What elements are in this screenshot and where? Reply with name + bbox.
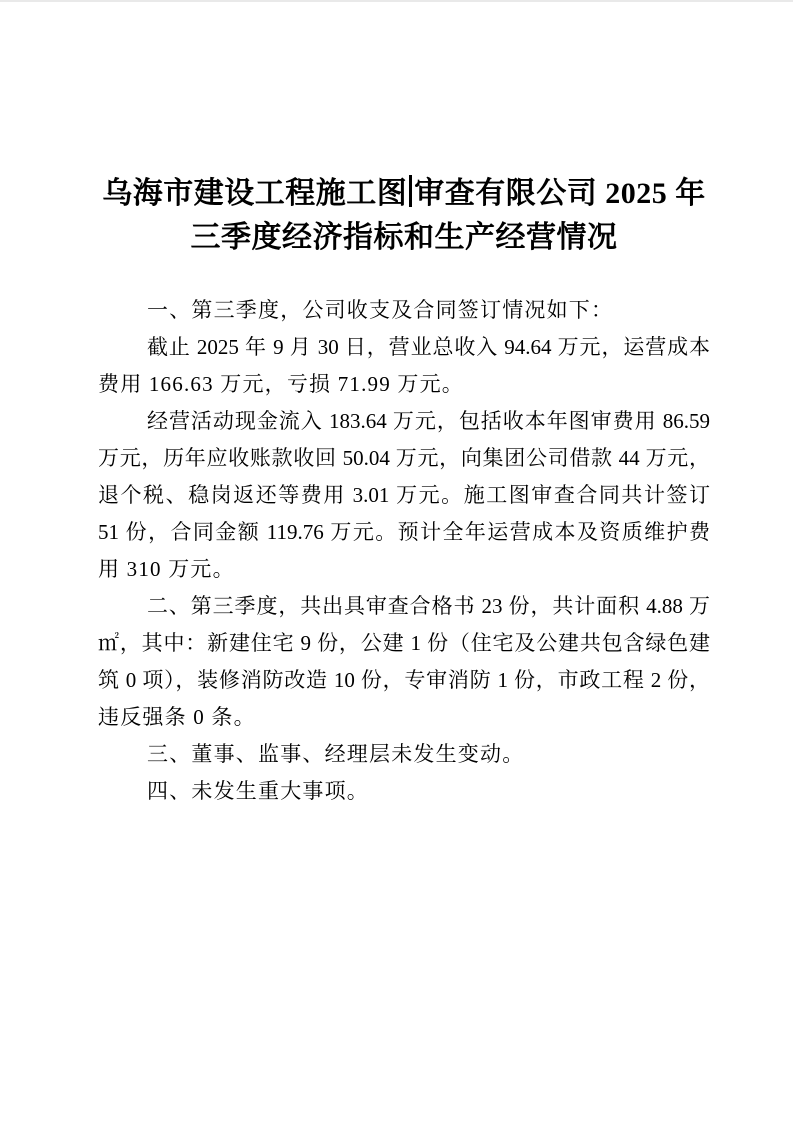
body-line: 违反强条 0 条。: [98, 699, 710, 736]
title-line-1: 乌海市建设工程施工图审查有限公司 2025 年: [102, 177, 706, 210]
body-line: 费用 166.63 万元，亏损 71.99 万元。: [98, 366, 710, 403]
body-line: 经营活动现金流入 183.64 万元，包括收本年图审费用 86.59: [98, 403, 710, 440]
body-line: 用 310 万元。: [98, 551, 710, 588]
body-line: 筑 0 项），装修消防改造 10 份，专审消防 1 份，市政工程 2 份，: [98, 662, 710, 699]
paragraph-2: 截止 2025 年 9 月 30 日，营业总收入 94.64 万元，运营成本 费…: [98, 329, 710, 403]
title-line-1-text-after-cursor: 审查有限公司 2025 年: [414, 177, 706, 210]
paragraph-6: 四、未发生重大事项。: [98, 773, 710, 810]
document-title: 乌海市建设工程施工图审查有限公司 2025 年 三季度经济指标和生产经营情况: [98, 172, 710, 260]
body-line: 退个税、稳岗返还等费用 3.01 万元。施工图审查合同共计签订: [98, 477, 710, 514]
document-content: 乌海市建设工程施工图审查有限公司 2025 年 三季度经济指标和生产经营情况 一…: [0, 0, 793, 810]
body-line: 三、董事、监事、经理层未发生变动。: [98, 736, 710, 773]
paragraph-1: 一、第三季度，公司收支及合同签订情况如下：: [98, 292, 710, 329]
body-line: ㎡，其中：新建住宅 9 份，公建 1 份（住宅及公建共包含绿色建: [98, 625, 710, 662]
body-line: 51 份，合同金额 119.76 万元。预计全年运营成本及资质维护费: [98, 514, 710, 551]
body-line: 截止 2025 年 9 月 30 日，营业总收入 94.64 万元，运营成本: [98, 329, 710, 366]
title-line-2: 三季度经济指标和生产经营情况: [191, 221, 618, 254]
body-line: 一、第三季度，公司收支及合同签订情况如下：: [98, 292, 710, 329]
body-line: 二、第三季度，共出具审查合格书 23 份，共计面积 4.88 万: [98, 588, 710, 625]
paragraph-3: 经营活动现金流入 183.64 万元，包括收本年图审费用 86.59 万元，历年…: [98, 403, 710, 588]
body-line: 万元，历年应收账款收回 50.04 万元，向集团公司借款 44 万元，: [98, 440, 710, 477]
text-cursor-caret: [409, 175, 412, 207]
document-page: 乌海市建设工程施工图审查有限公司 2025 年 三季度经济指标和生产经营情况 一…: [0, 0, 793, 1122]
document-body: 一、第三季度，公司收支及合同签订情况如下： 截止 2025 年 9 月 30 日…: [98, 292, 710, 810]
paragraph-4: 二、第三季度，共出具审查合格书 23 份，共计面积 4.88 万 ㎡，其中：新建…: [98, 588, 710, 736]
body-line: 四、未发生重大事项。: [98, 773, 710, 810]
paragraph-5: 三、董事、监事、经理层未发生变动。: [98, 736, 710, 773]
page-top-edge-line: [0, 0, 793, 2]
title-line-1-text-before-cursor: 乌海市建设工程施工图: [102, 177, 407, 210]
